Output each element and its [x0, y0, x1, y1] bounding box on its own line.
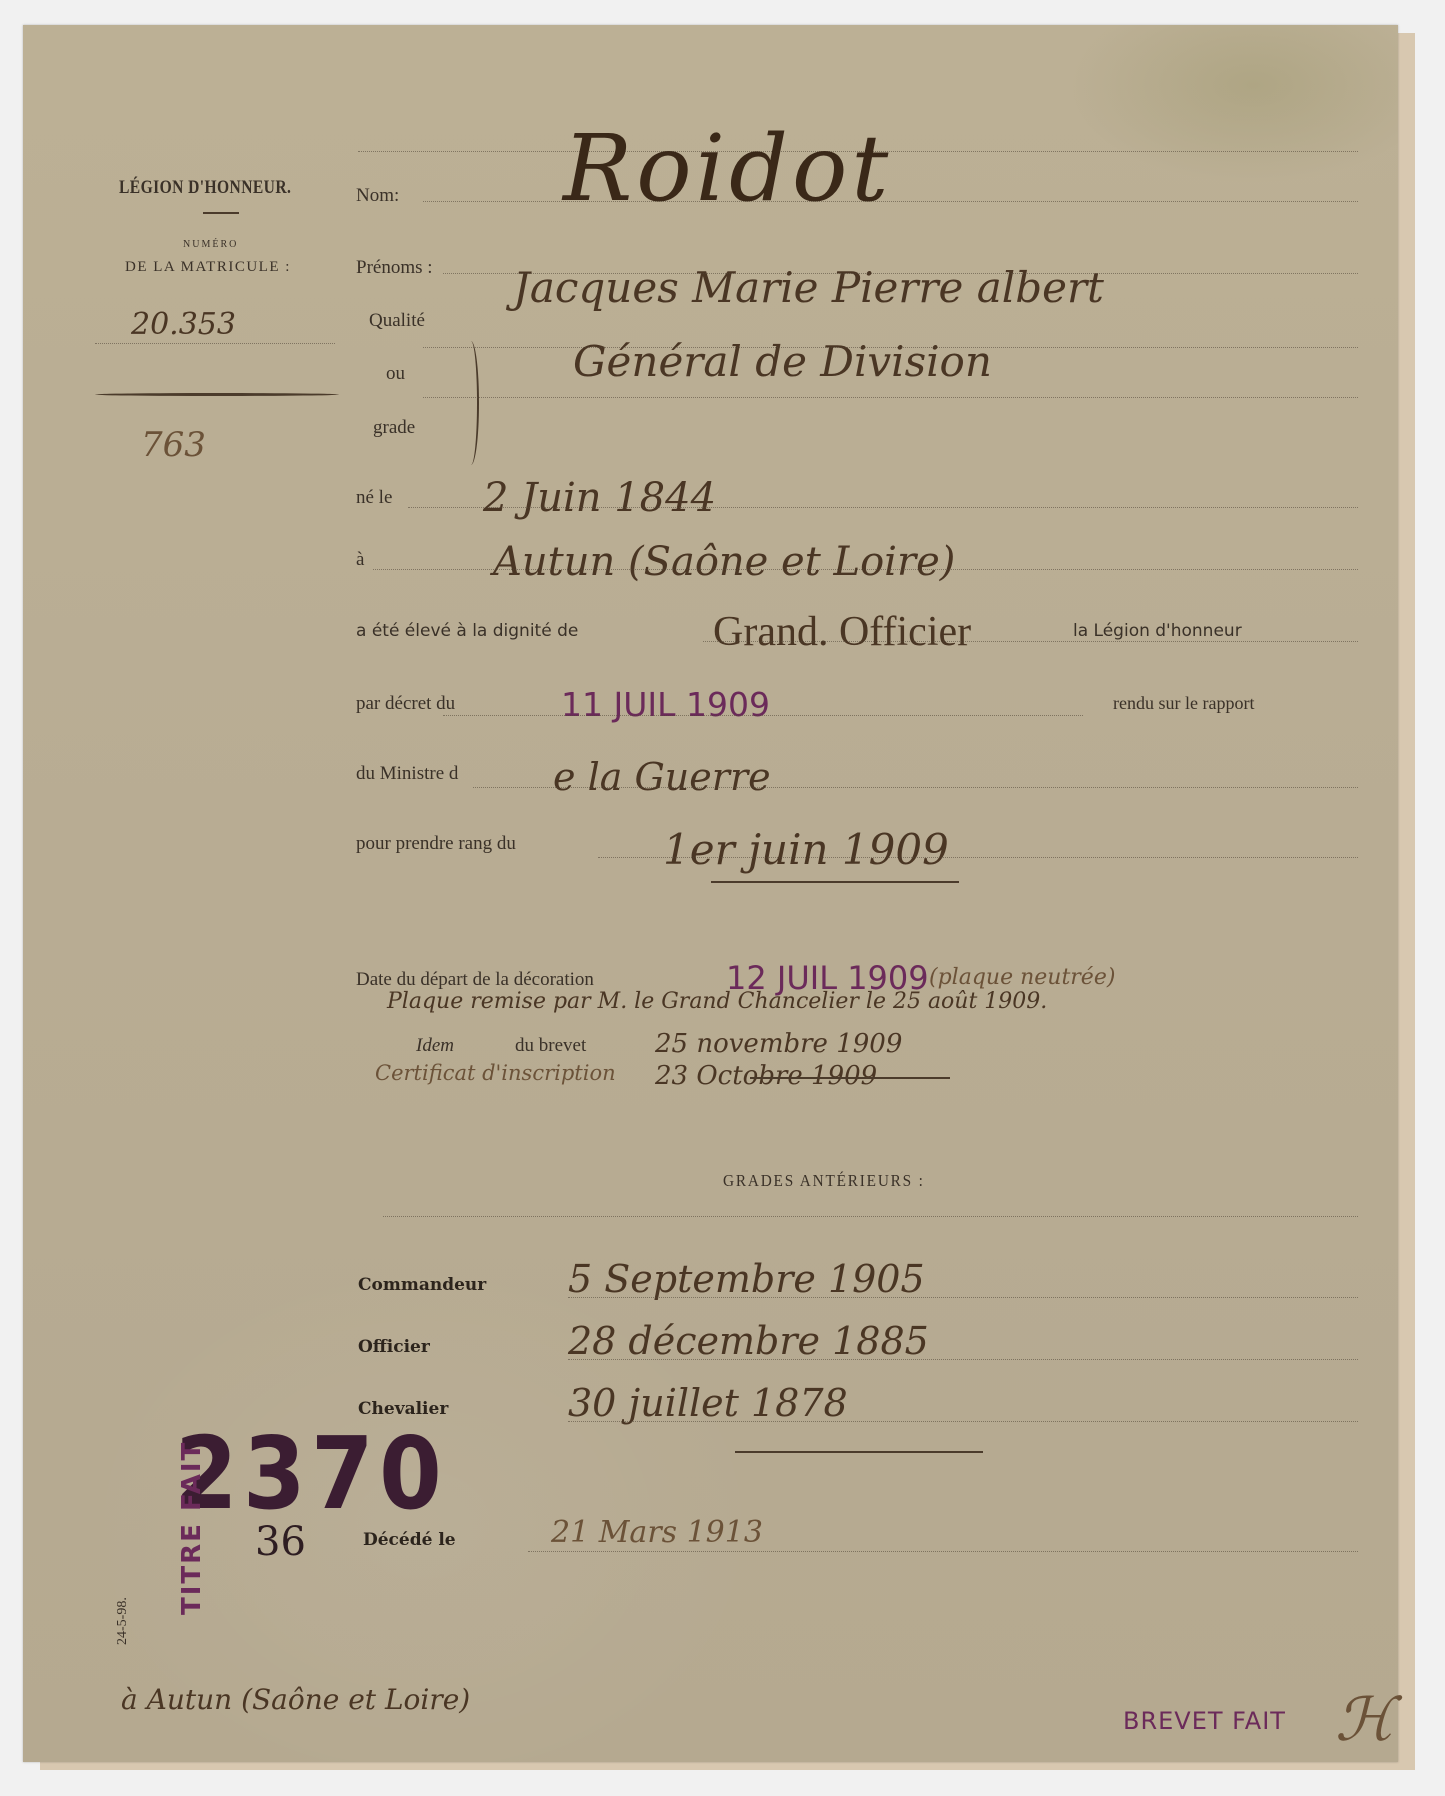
brevet-value: 25 novembre 1909: [655, 1029, 902, 1059]
register-subnumber: 36: [255, 1519, 306, 1565]
rule-line: [383, 1216, 1358, 1217]
certificat-label: Certificat d'inscription: [375, 1061, 616, 1085]
section-divider: [711, 881, 959, 883]
rule-line: [373, 569, 1358, 570]
rule-line: [473, 787, 1358, 788]
grade-row-date: 30 juillet 1878: [568, 1381, 848, 1425]
certificat-underline: [750, 1077, 950, 1079]
rule-line: [423, 347, 1358, 348]
rule-line: [423, 201, 1358, 202]
qualite-label: Qualité: [369, 310, 425, 332]
rule-line: [528, 1551, 1358, 1552]
prenoms-label: Prénoms :: [356, 257, 433, 279]
rang-label: pour prendre rang du: [356, 833, 516, 855]
legion-suffix: la Légion d'honneur: [1073, 621, 1242, 641]
brevet-fait-stamp: BREVET FAIT: [1123, 1707, 1286, 1735]
print-date: 24-5-98.: [115, 1597, 131, 1645]
deces-value: 21 Mars 1913: [551, 1515, 763, 1550]
rule-line: [598, 857, 1358, 858]
footer-birthplace-note: à Autun (Saône et Loire): [121, 1683, 470, 1716]
numero-label: NUMÉRO: [183, 239, 238, 250]
plaque-remise-note: Plaque remise par M. le Grand Chancelier…: [387, 989, 1047, 1014]
qualite-value: Général de Division: [573, 337, 992, 386]
rule-line: [568, 1421, 1358, 1422]
grade-row-label: Commandeur: [358, 1275, 486, 1295]
brace-bracket: [463, 341, 479, 465]
brevet-label: du brevet: [515, 1035, 586, 1057]
grades-anterieurs-title: GRADES ANTÉRIEURS :: [723, 1171, 925, 1191]
archive-number: 763: [141, 425, 206, 465]
decret-date-stamp: 11 JUIL 1909: [561, 685, 770, 724]
ministre-label: du Ministre d: [356, 763, 458, 785]
rule-line: [423, 397, 1358, 398]
titre-fait-stamp: TITRE FAIT: [177, 1441, 207, 1615]
nom-label: Nom:: [356, 185, 399, 207]
ne-le-value: 2 Juin 1844: [483, 475, 716, 521]
idem-label: Idem: [416, 1035, 454, 1057]
depart-label: Date du départ de la décoration: [356, 969, 594, 991]
prenoms-value: Jacques Marie Pierre albert: [513, 263, 1104, 312]
rule-line: [443, 273, 1358, 274]
ornamental-rule: [95, 393, 339, 396]
dignite-label: a été élevé à la dignité de: [356, 621, 578, 641]
matricule-value: 20.353: [131, 307, 236, 342]
lieu-value: Autun (Saône et Loire): [493, 539, 955, 585]
rule-line: [568, 1297, 1358, 1298]
grade-row-label: Officier: [358, 1337, 430, 1357]
ou-label: ou: [386, 363, 405, 385]
nom-value: Roidot: [563, 115, 892, 222]
decret-label: par décret du: [356, 693, 455, 715]
rapport-label: rendu sur le rapport: [1113, 693, 1254, 714]
rule-line: [703, 641, 1358, 642]
grade-label: grade: [373, 417, 415, 439]
grade-row-date: 5 Septembre 1905: [568, 1257, 925, 1301]
rang-value: 1er juin 1909: [663, 825, 949, 874]
certificat-value: 23 Octobre 1909: [655, 1061, 877, 1091]
grade-row-date: 28 décembre 1885: [568, 1319, 929, 1363]
document-sheet: LÉGION D'HONNEUR. NUMÉRO DE LA MATRICULE…: [23, 25, 1398, 1762]
paraphe-signature: ℋ: [1335, 1685, 1394, 1755]
rule-line: [408, 507, 1358, 508]
plaque-note: (plaque neutrée): [929, 965, 1115, 990]
section-divider: [735, 1451, 983, 1453]
rule-line: [443, 715, 1083, 716]
register-number-stamp: 2370: [175, 1415, 447, 1532]
title-divider: [203, 212, 239, 214]
legion-title: LÉGION D'HONNEUR.: [119, 177, 291, 199]
matricule-label: DE LA MATRICULE :: [125, 259, 291, 276]
rule-line: [568, 1359, 1358, 1360]
ministre-value: e la Guerre: [553, 755, 771, 799]
deces-label: Décédé le: [363, 1530, 456, 1550]
matricule-line: [95, 343, 335, 344]
ne-le-label: né le: [356, 487, 392, 509]
lieu-label: à: [356, 549, 364, 571]
dignite-value: Grand. Officier: [713, 608, 971, 656]
